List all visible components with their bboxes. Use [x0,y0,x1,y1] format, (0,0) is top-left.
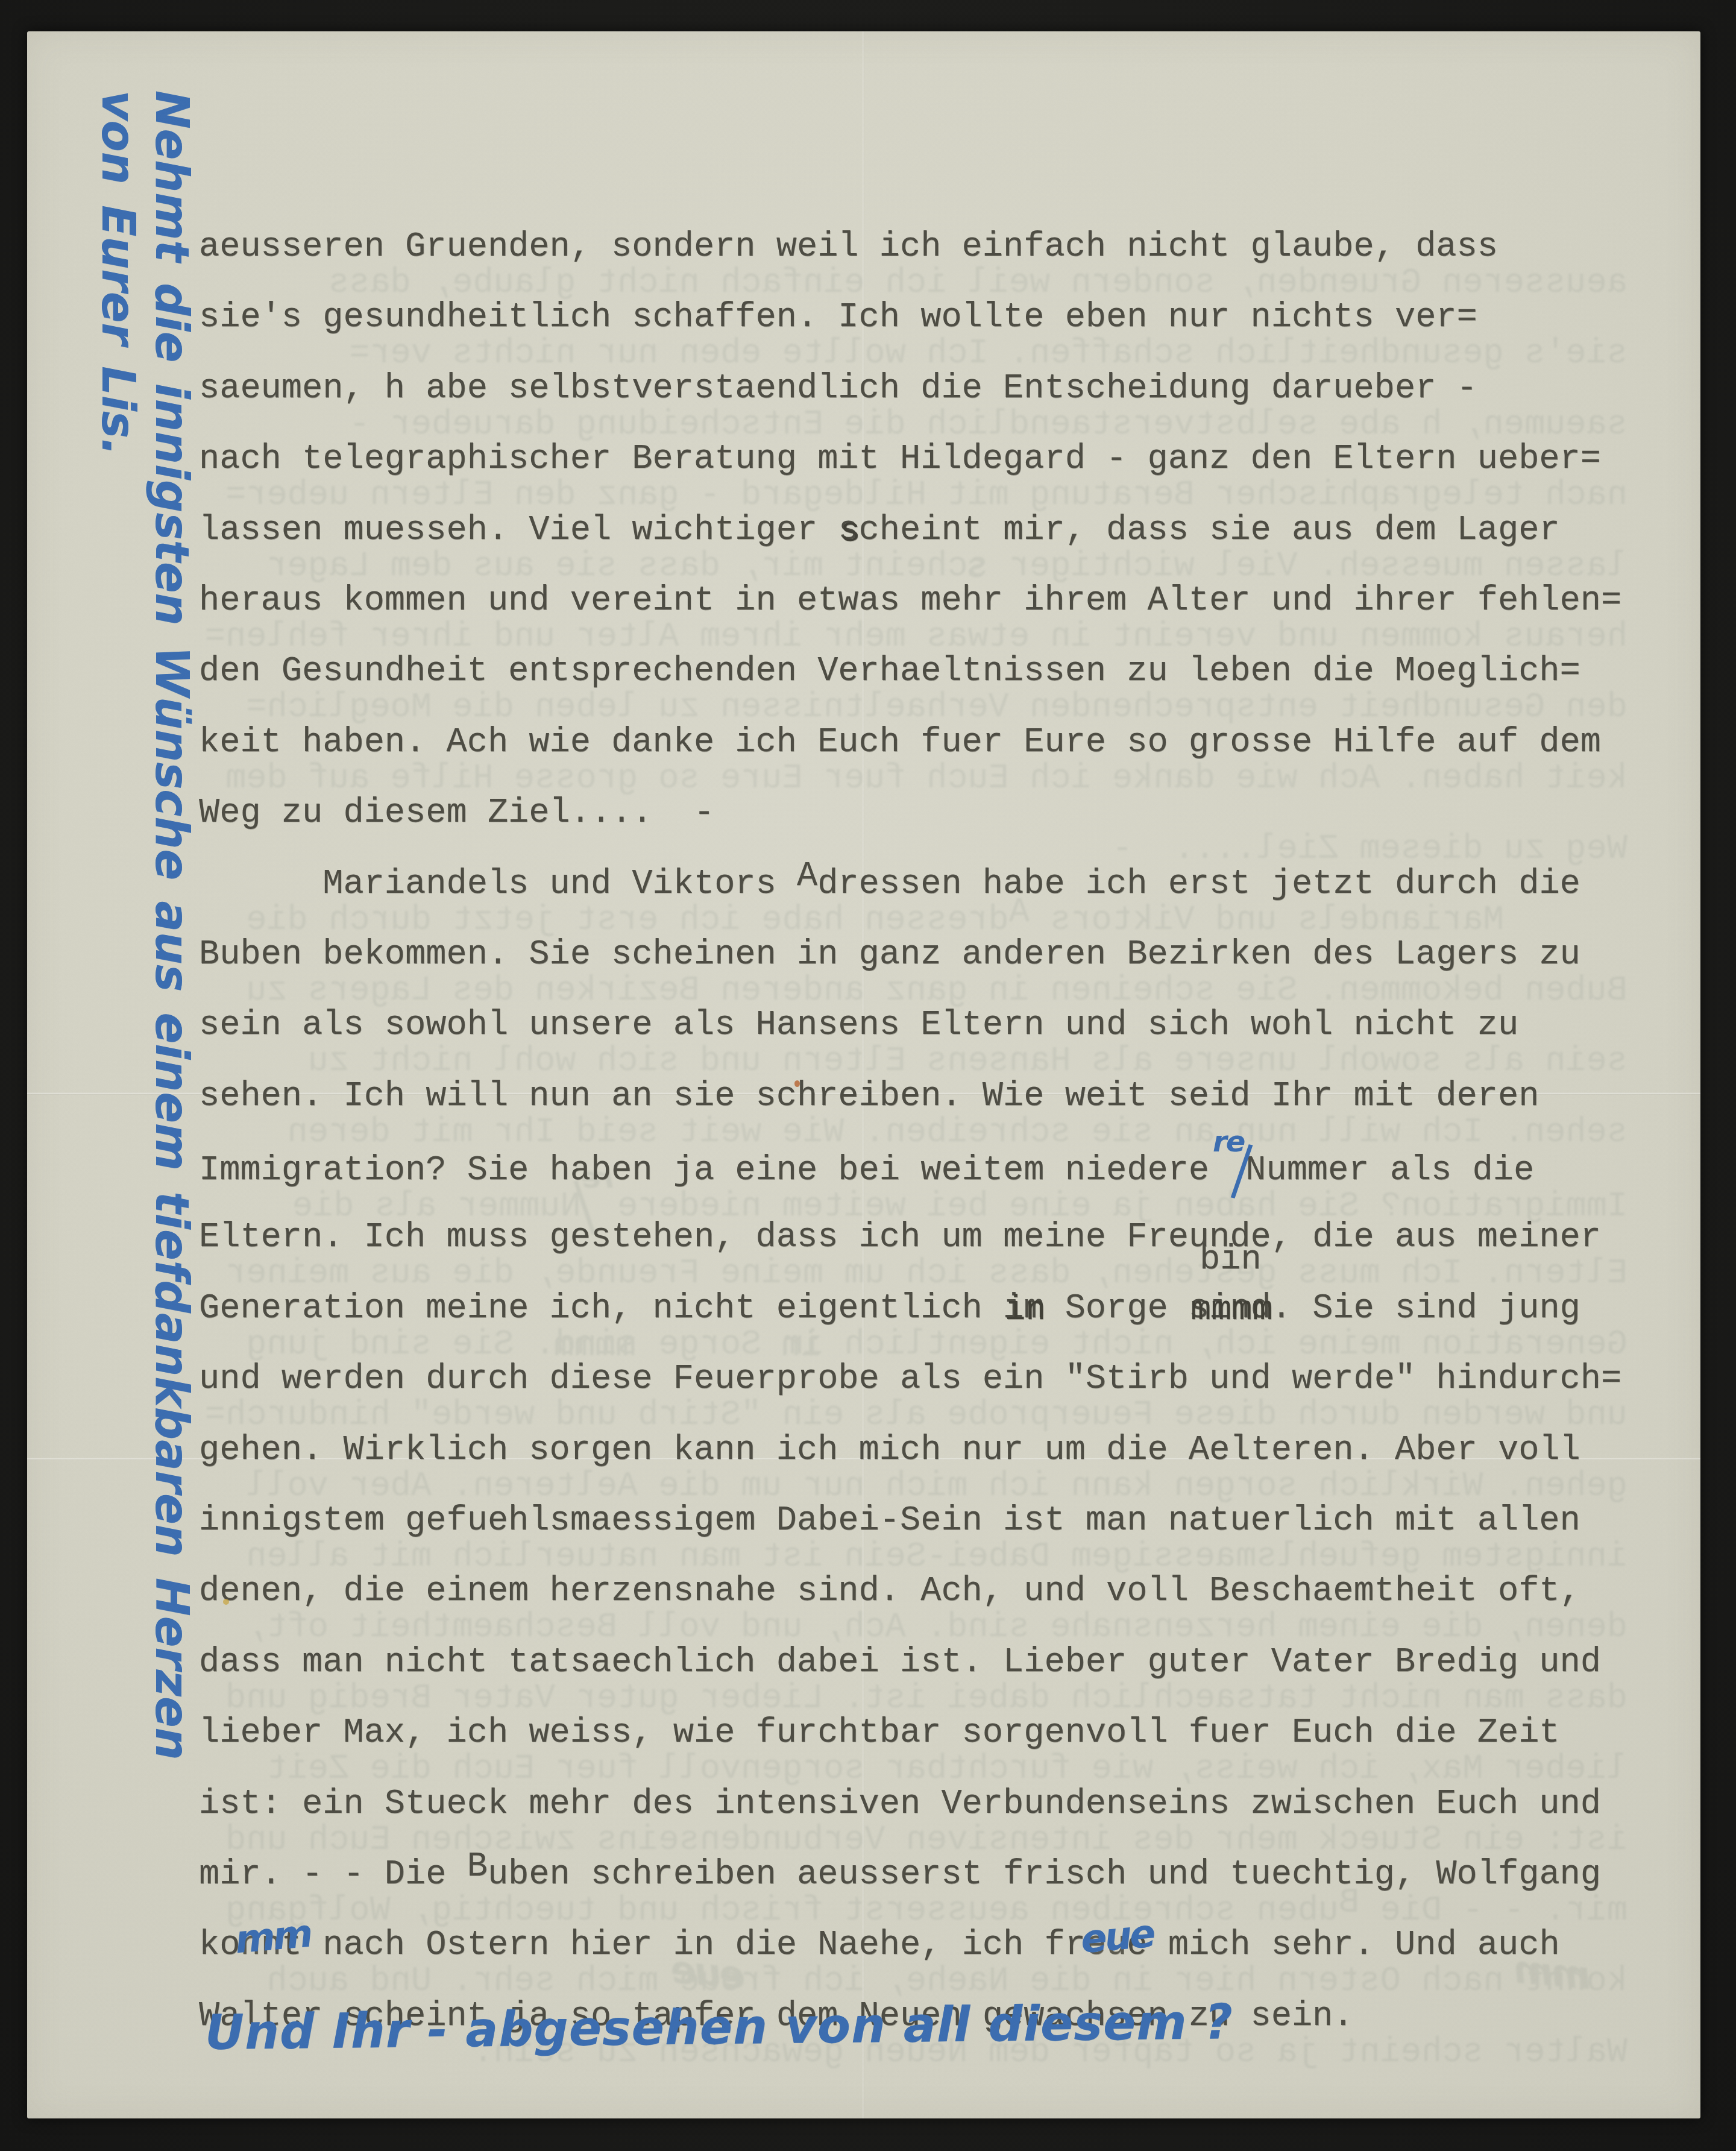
typed-line: konnmmt nach Ostern hier in die Naehe, i… [199,1910,1621,1981]
typed-segment: dressen habe ich erst jetzt durch die [817,865,1580,904]
typed-segment: lieber Max, ich weiss, wie furchtbar sor… [199,1714,1560,1753]
typed-segment: Immigration? Sie haben ja eine bei weite… [199,1151,1209,1190]
typed-line: Mariandels und Viktors Adressen habe ich… [199,849,1621,920]
typed-segment: aeusseren Gruenden, sondern weil ich ein… [199,228,1498,266]
typed-line: gehen. Wirklich sorgen kann ich mich nur… [199,1416,1621,1486]
typed-segment: Sorge [1044,1290,1188,1328]
typed-segment: Weg zu diesem Ziel.... - [199,794,714,833]
typed-overstrike: imin [1003,1274,1044,1344]
typed-letter-body: aeusseren Gruenden, sondern weil ich ein… [199,212,1621,2052]
typed-line: aeusseren Gruenden, sondern weil ich ein… [199,212,1621,283]
typed-segment: uben schreiben aeusserst frisch und tuec… [488,1856,1601,1894]
typed-segment: keit haben. Ach wie danke ich Euch fuer … [199,723,1601,762]
typed-line: lassen muesseh. Viel wichtiger sscheint … [199,496,1621,566]
handwritten-overwrite-correction: nnmm [240,1910,281,1981]
typed-line: heraus kommen und vereint in etwas mehr … [199,566,1621,637]
typed-segment: cheint mir, dass sie aus dem Lager [859,511,1560,550]
typed-line: innigstem gefuehlsmaessigem Dabei-Sein i… [199,1486,1621,1557]
typed-overstrike: ss [838,496,858,566]
typed-line: nach telegraphischer Beratung mit Hildeg… [199,424,1621,495]
raised-typed-char: A [797,857,817,896]
typed-segment: Generation meine ich, nicht eigentlich [199,1290,1003,1328]
typed-overstrike: sindmmmm [1189,1274,1271,1344]
typed-segment: Eltern. Ich muss gestehen, dass ich um m… [199,1218,1601,1257]
typed-line: dass man nicht tatsaechlich dabei ist. L… [199,1628,1621,1698]
typed-segment: heraus kommen und vereint in etwas mehr … [199,582,1621,620]
typed-segment: denen, die einem herzensnahe sind. Ach, … [199,1572,1580,1611]
typed-segment: lassen muesseh. Viel wichtiger [199,511,838,550]
typed-line: ist: ein Stueck mehr des intensiven Verb… [199,1769,1621,1840]
typed-segment: dass man nicht tatsaechlich dabei ist. L… [199,1643,1601,1682]
typed-line: saeumen, h abe selbstverstaendlich die E… [199,354,1621,424]
typed-line: sie's gesundheitlich schaffen. Ich wollt… [199,283,1621,353]
typed-segment: und werden durch diese Feuerprobe als ei… [199,1360,1621,1399]
typed-line: und werden durch diese Feuerprobe als ei… [199,1344,1621,1415]
typed-segment: Buben bekommen. Sie scheinen in ganz and… [199,936,1580,974]
typed-line: Generation meine ich, nicht eigentlich i… [199,1274,1621,1344]
paper-speck [794,1080,800,1087]
typed-line: sein als sowohl unsere als Hansens Elter… [199,990,1621,1061]
typed-segment: gehen. Wirklich sorgen kann ich mich nur… [199,1431,1580,1470]
handwritten-overwrite-correction: eueue [1086,1910,1127,1981]
handwritten-closing-question: Und Ihr - abgesehen von all diesem ? [205,1994,1234,2061]
typed-line: keit haben. Ach wie danke ich Euch fuer … [199,708,1621,778]
typed-line: sehen. Ich will nun an sie schreiben. Wi… [199,1062,1621,1132]
typed-line: lieber Max, ich weiss, wie furchtbar sor… [199,1698,1621,1769]
typed-line: Immigration? Sie haben ja eine bei weite… [199,1132,1621,1203]
scanner-mat: aeusseren Gruenden, sondern weil ich ein… [0,0,1736,2151]
typed-segment: sie's gesundheitlich schaffen. Ich wollt… [199,298,1477,337]
typed-line: den Gesundheit entsprechenden Verhaeltni… [199,637,1621,707]
typed-segment: innigstem gefuehlsmaessigem Dabei-Sein i… [199,1502,1580,1540]
typed-segment: e mich sehr. Und auch [1127,1926,1559,1965]
typed-line: Buben bekommen. Sie scheinen in ganz and… [199,920,1621,990]
typed-segment: sehen. Ich will nun an sie schreiben. Wi… [199,1077,1539,1116]
typed-segment: nach telegraphischer Beratung mit Hildeg… [199,440,1601,479]
paper-speck [223,1599,229,1605]
handwritten-margin-note: Nehmt die innigsten Wünsche aus einem ti… [92,90,199,1839]
typed-segment: Nummer als die [1245,1151,1534,1190]
typed-segment: ist: ein Stueck mehr des intensiven Verb… [199,1785,1601,1824]
typed-segment: sein als sowohl unsere als Hansens Elter… [199,1006,1518,1045]
typed-line: denen, die einem herzensnahe sind. Ach, … [199,1557,1621,1627]
typed-segment: . Sie sind jung [1271,1290,1580,1328]
typed-interline-insert: bin [1200,1241,1262,1279]
typed-segment: Mariandels und Viktors [199,865,797,904]
raised-typed-char: B [467,1848,488,1886]
typed-segment: mir. - - Die [199,1856,467,1894]
typed-line: mir. - - Die Buben schreiben aeusserst f… [199,1840,1621,1910]
typed-line: Weg zu diesem Ziel.... - [199,778,1621,849]
typed-line: Eltern. Ich muss gestehen, dass ich um m… [199,1203,1621,1273]
typed-segment: den Gesundheit entsprechenden Verhaeltni… [199,652,1580,691]
typed-segment: t nach Ostern hier in die Naehe, ich fr [281,1926,1086,1965]
typed-segment: saeumen, h abe selbstverstaendlich die E… [199,370,1477,408]
